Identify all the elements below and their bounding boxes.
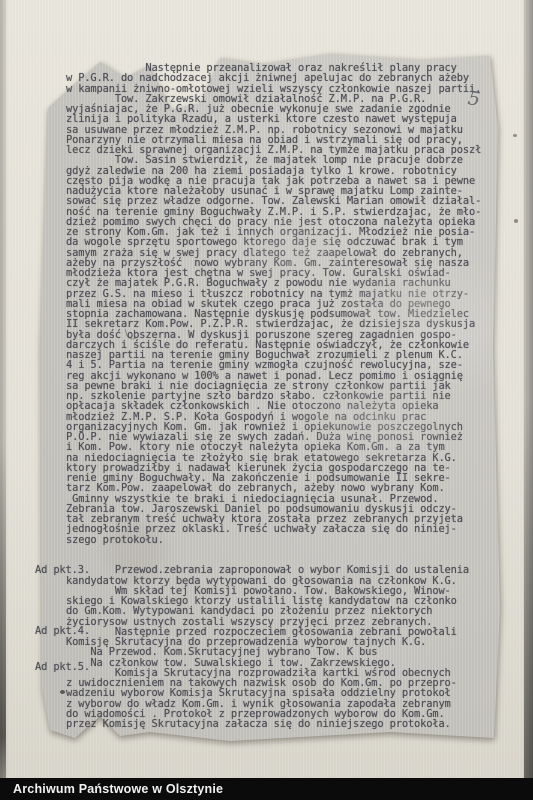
paper-speck xyxy=(513,134,517,137)
margin-label-ad-pkt-5: Ad pkt.5. xyxy=(35,662,90,672)
scan-edge-shadow-right xyxy=(524,0,533,800)
typewritten-body-text: Następnie przeanalizował oraz nakreślił … xyxy=(66,63,481,729)
footer-watermark-bar: Archiwum Państwowe w Olsztynie xyxy=(0,778,533,800)
scan-edge-shadow-left xyxy=(0,0,6,800)
archive-scan-view: Następnie przeanalizował oraz nakreślił … xyxy=(0,0,533,800)
margin-label-ad-pkt-4: Ad pkt.4. xyxy=(35,626,90,636)
margin-label-ad-pkt-3: Ad pkt.3. xyxy=(35,565,90,575)
paper-speck xyxy=(514,219,518,223)
archive-watermark-text: Archiwum Państwowe w Olsztynie xyxy=(13,782,223,796)
paper-speck xyxy=(60,690,65,694)
